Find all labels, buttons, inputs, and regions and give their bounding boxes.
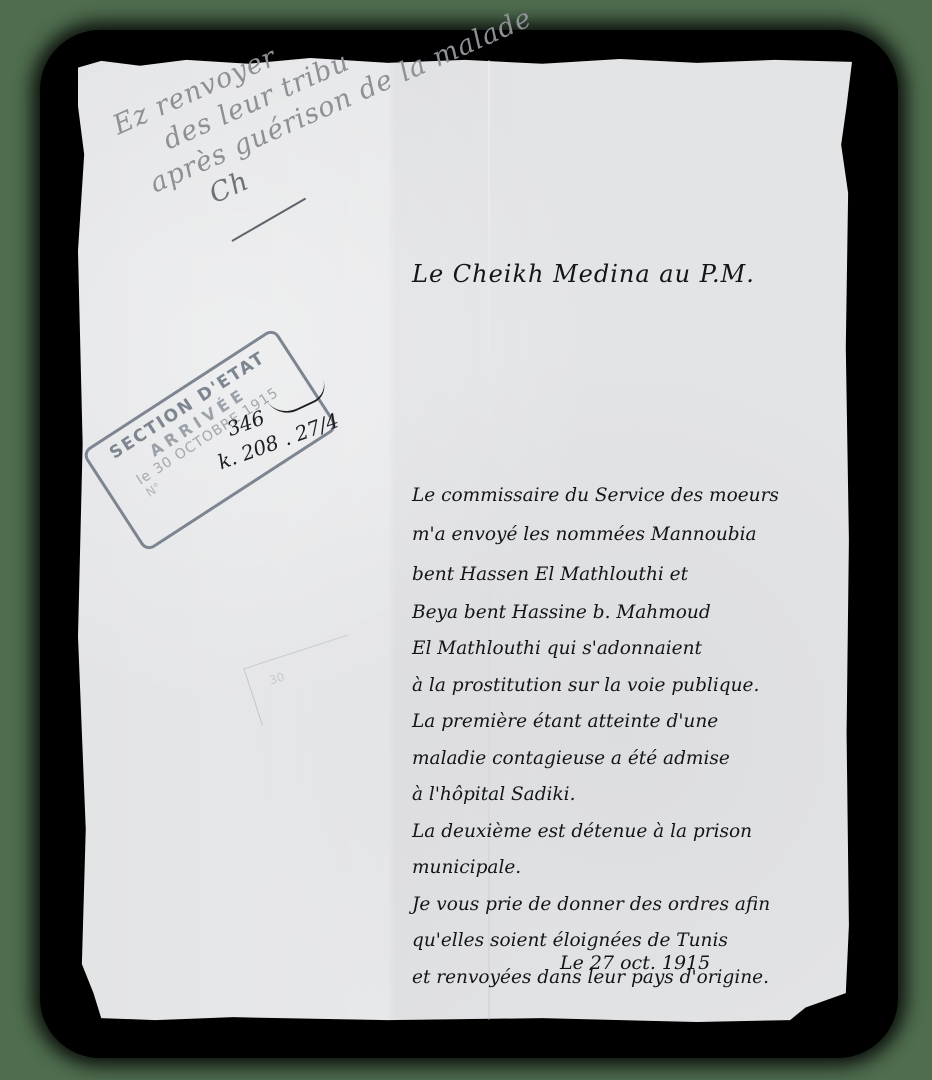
letter-heading: Le Cheikh Medina au P.M. — [412, 260, 852, 288]
body-line: Beya bent Hassine b. Mahmoud — [412, 595, 852, 632]
letter-date-signoff: Le 27 oct. 1915 — [560, 952, 710, 974]
body-line: bent Hassen El Mathlouthi et — [412, 555, 852, 595]
body-line: El Mathlouthi qui s'adonnaient — [412, 631, 852, 668]
document-viewer: Ez renvoyer des leur tribu après guériso… — [0, 0, 932, 1080]
body-line: Le commissaire du Service des moeurs — [412, 478, 852, 515]
body-line: La deuxième est détenue à la prison — [412, 814, 852, 851]
body-line: Je vous prie de donner des ordres afin — [412, 887, 852, 924]
body-line: municipale. — [412, 850, 852, 887]
faint-stamp-text: 30 — [267, 670, 286, 688]
body-line: à la prostitution sur la voie publique. — [412, 668, 852, 705]
body-line: m'a envoyé les nommées Mannoubia — [412, 515, 852, 555]
body-line: à l'hôpital Sadiki. — [412, 777, 852, 814]
body-line: maladie contagieuse a été admise — [412, 741, 852, 778]
body-line: La première étant atteinte d'une — [412, 704, 852, 741]
letter-body: Le commissaire du Service des moeurs m'a… — [412, 478, 852, 996]
letter-header: Le Cheikh Medina au P.M. — [412, 260, 852, 288]
